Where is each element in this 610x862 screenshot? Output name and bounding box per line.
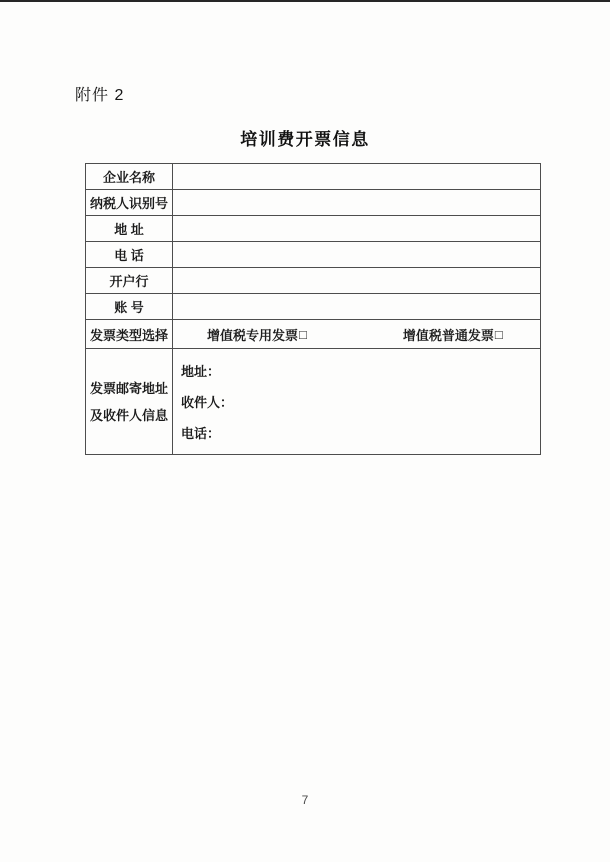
attachment-label: 附件 2 [75, 82, 124, 105]
table-row-company-name: 企业名称 [86, 164, 540, 190]
row-value-cell [173, 294, 540, 319]
row-value-cell [173, 190, 540, 215]
invoice-type-options: 增值税专用发票 □ 增值税普通发票 □ [173, 320, 540, 348]
row-label: 发票类型选择 [86, 320, 173, 348]
row-value-cell [173, 216, 540, 241]
table-row-address: 地 址 [86, 216, 540, 242]
mailing-info-row: 发票邮寄地址 及收件人信息 地址： 收件人： 电话： [86, 349, 540, 454]
invoice-type-option-special: 增值税专用发票 □ [207, 325, 307, 344]
invoice-type-row: 发票类型选择 增值税专用发票 □ 增值税普通发票 □ [86, 320, 540, 349]
row-label: 电 话 [86, 242, 173, 267]
page-number: 7 [0, 793, 610, 807]
row-label-line1: 发票邮寄地址 [90, 375, 168, 402]
option-label: 增值税专用发票 [207, 325, 298, 344]
table-row-phone: 电 话 [86, 242, 540, 268]
row-value-cell [173, 164, 540, 189]
checkbox-icon: □ [495, 327, 503, 342]
row-label-mailing: 发票邮寄地址 及收件人信息 [86, 349, 173, 454]
option-label: 增值税普通发票 [403, 325, 494, 344]
row-label: 纳税人识别号 [86, 190, 173, 215]
table-row-taxpayer-id: 纳税人识别号 [86, 190, 540, 216]
row-label: 开户行 [86, 268, 173, 293]
mail-field-phone: 电话： [181, 423, 540, 442]
row-label-line2: 及收件人信息 [90, 402, 168, 429]
scanned-document-page: 附件 2 培训费开票信息 企业名称 纳税人识别号 地 址 电 话 开户行 账 号 [0, 0, 610, 862]
row-label: 地 址 [86, 216, 173, 241]
mail-field-address: 地址： [181, 361, 540, 380]
mail-field-recipient: 收件人： [181, 392, 540, 411]
table-row-bank: 开户行 [86, 268, 540, 294]
scan-artifact-line [0, 0, 610, 2]
mailing-fields: 地址： 收件人： 电话： [173, 349, 540, 454]
row-value-cell [173, 268, 540, 293]
table-row-account-number: 账 号 [86, 294, 540, 320]
document-title: 培训费开票信息 [0, 125, 610, 150]
invoice-type-option-general: 增值税普通发票 □ [403, 325, 503, 344]
row-label: 账 号 [86, 294, 173, 319]
row-label: 企业名称 [86, 164, 173, 189]
row-value-cell [173, 242, 540, 267]
invoice-info-table: 企业名称 纳税人识别号 地 址 电 话 开户行 账 号 发票类型选择 [85, 163, 541, 455]
checkbox-icon: □ [299, 327, 307, 342]
